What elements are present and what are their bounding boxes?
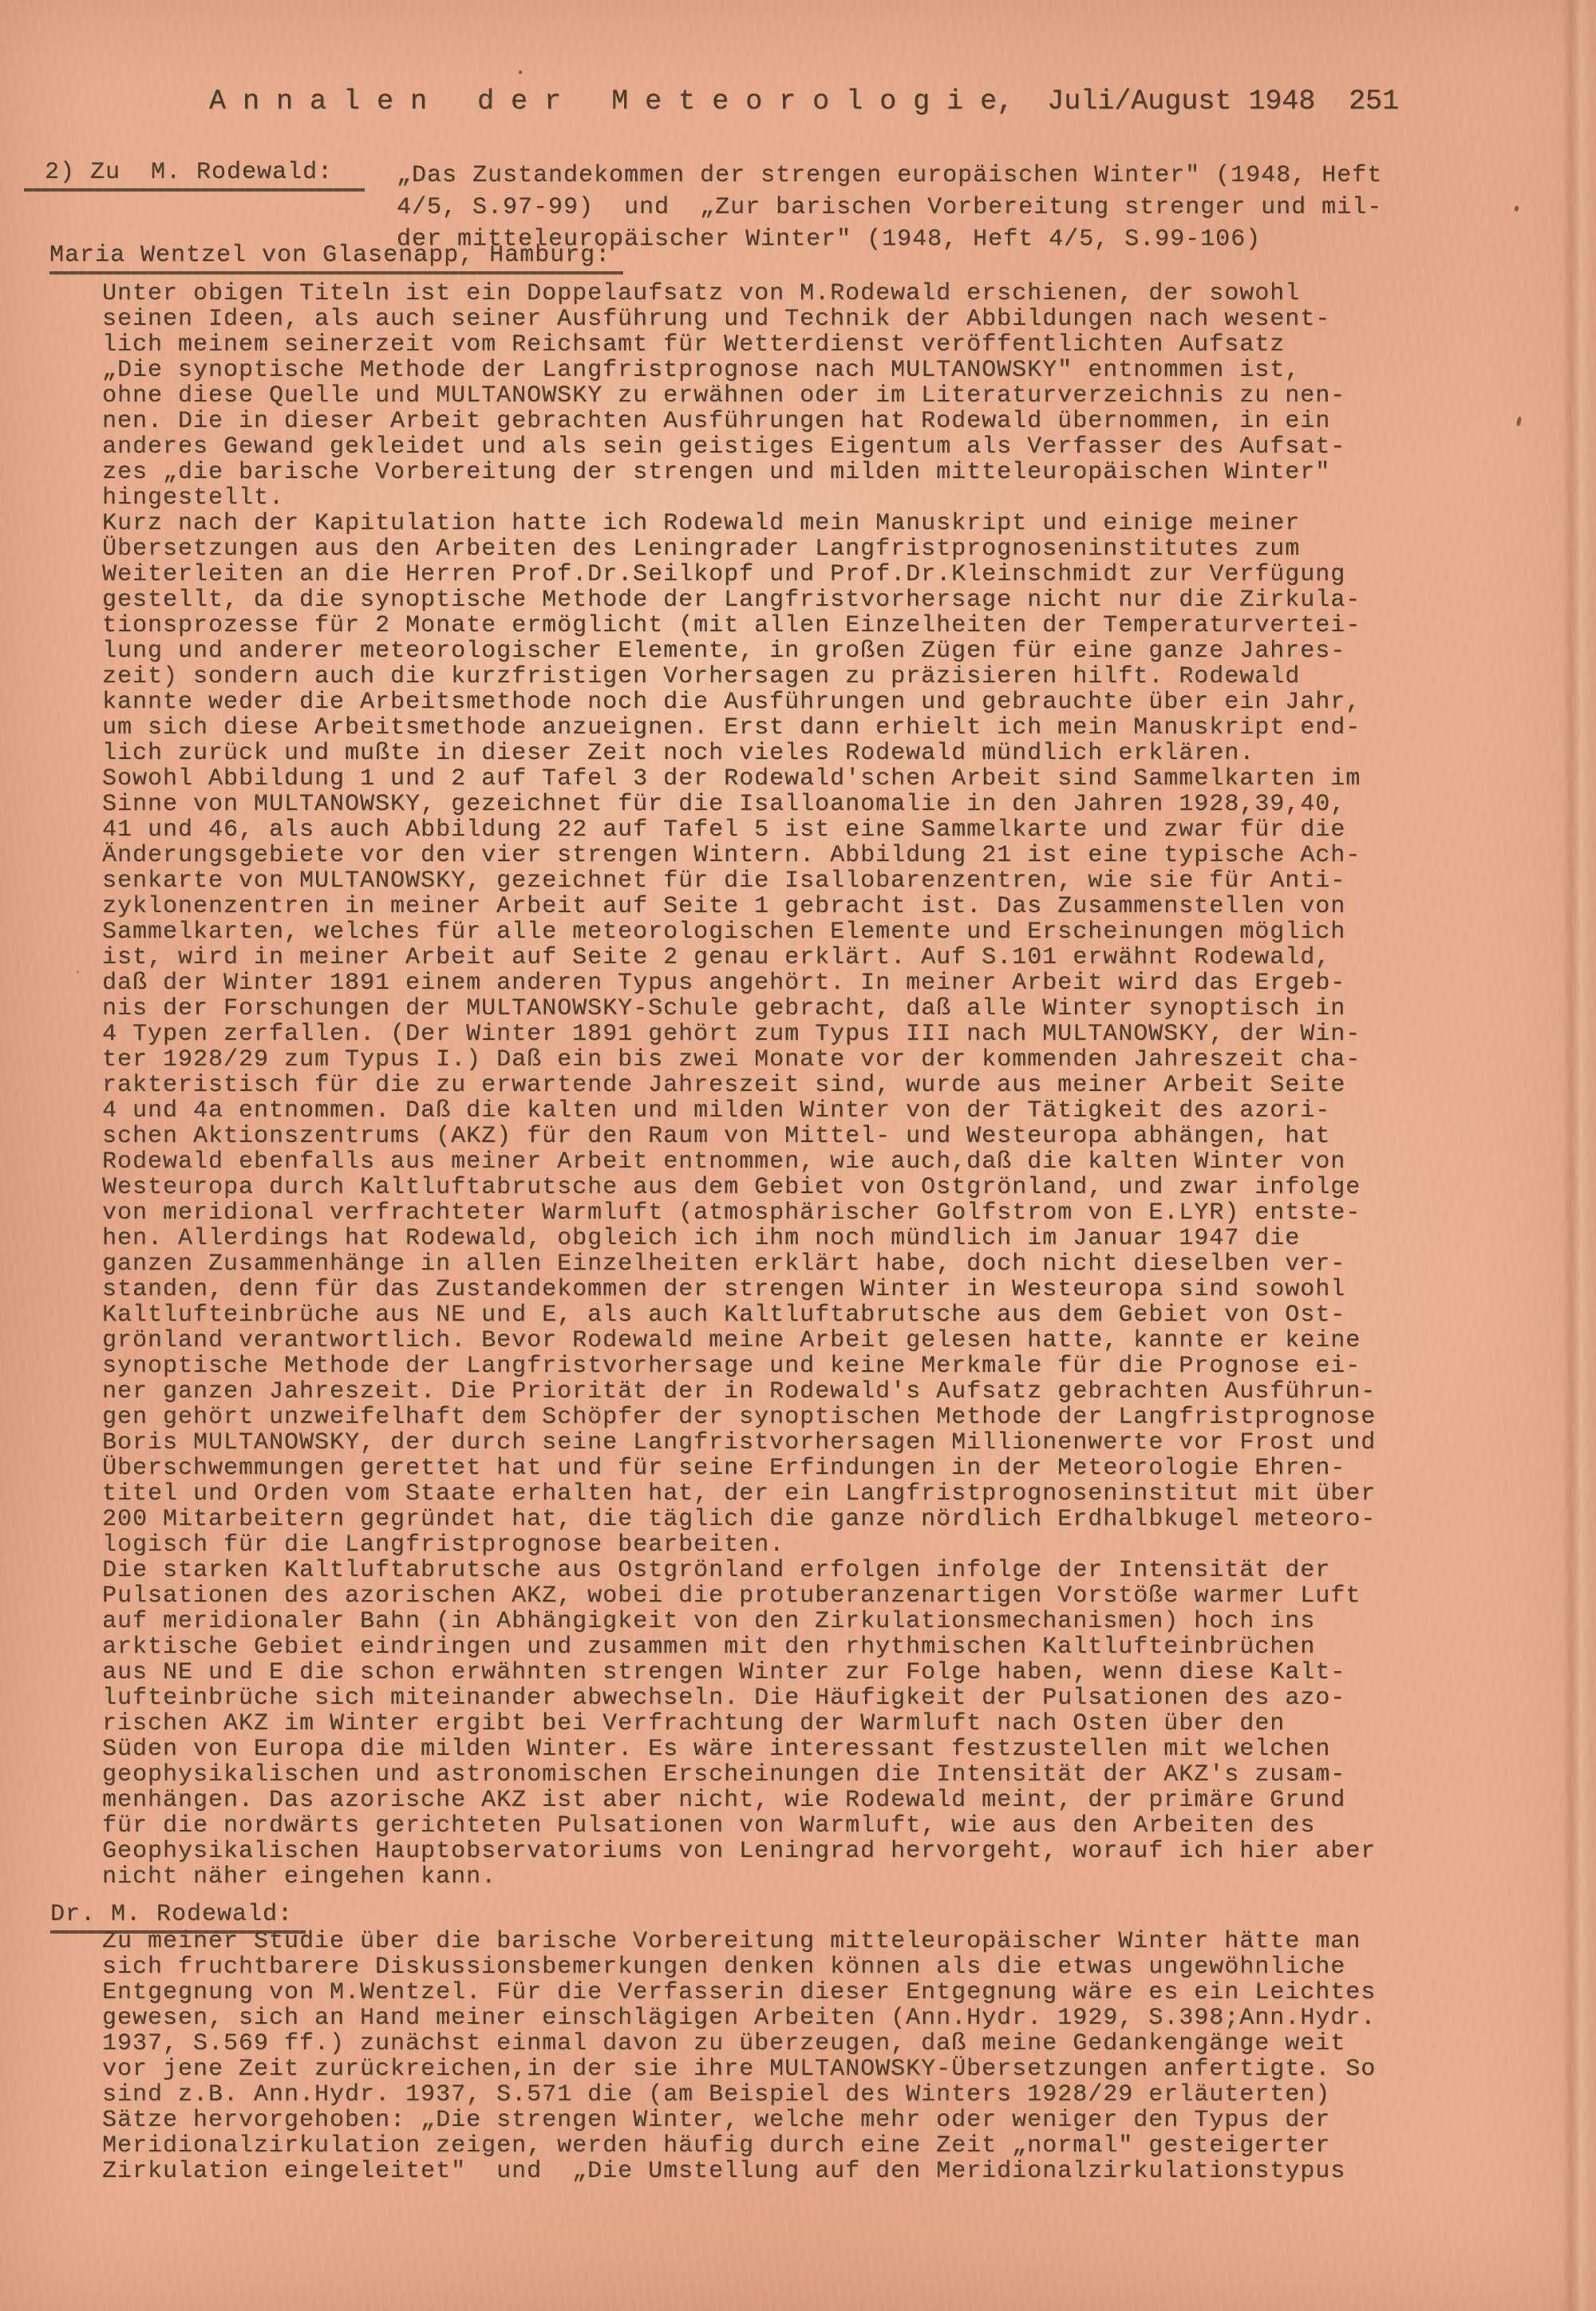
journal-title: A n n a l e n d e r M e t e o r o l o g … xyxy=(209,85,1013,117)
ink-speck xyxy=(519,70,522,74)
wentzel-letter-text: Unter obigen Titeln ist ein Doppelaufsat… xyxy=(102,281,1376,1890)
running-head: A n n a l e n d e r M e t e o r o l o g … xyxy=(209,86,1315,117)
ink-speck xyxy=(77,970,79,974)
page-number: 251 xyxy=(1349,86,1399,117)
rodewald-reply-text: Zu meiner Studie über die barische Vorbe… xyxy=(102,1929,1376,2184)
issue-date: Juli/August 1948 xyxy=(1047,85,1315,117)
entry-heading: 2) Zu M. Rodewald: xyxy=(24,160,365,192)
ink-speck xyxy=(1514,205,1519,211)
wentzel-signature: Maria Wentzel von Glasenapp, Hamburg: xyxy=(49,243,623,275)
running-head-spacer xyxy=(1013,85,1047,117)
scanned-journal-page: A n n a l e n d e r M e t e o r o l o g … xyxy=(0,0,1596,2311)
entry-title-block: „Das Zustandekommen der strengen europäi… xyxy=(397,160,1382,255)
ink-speck xyxy=(1516,417,1522,427)
